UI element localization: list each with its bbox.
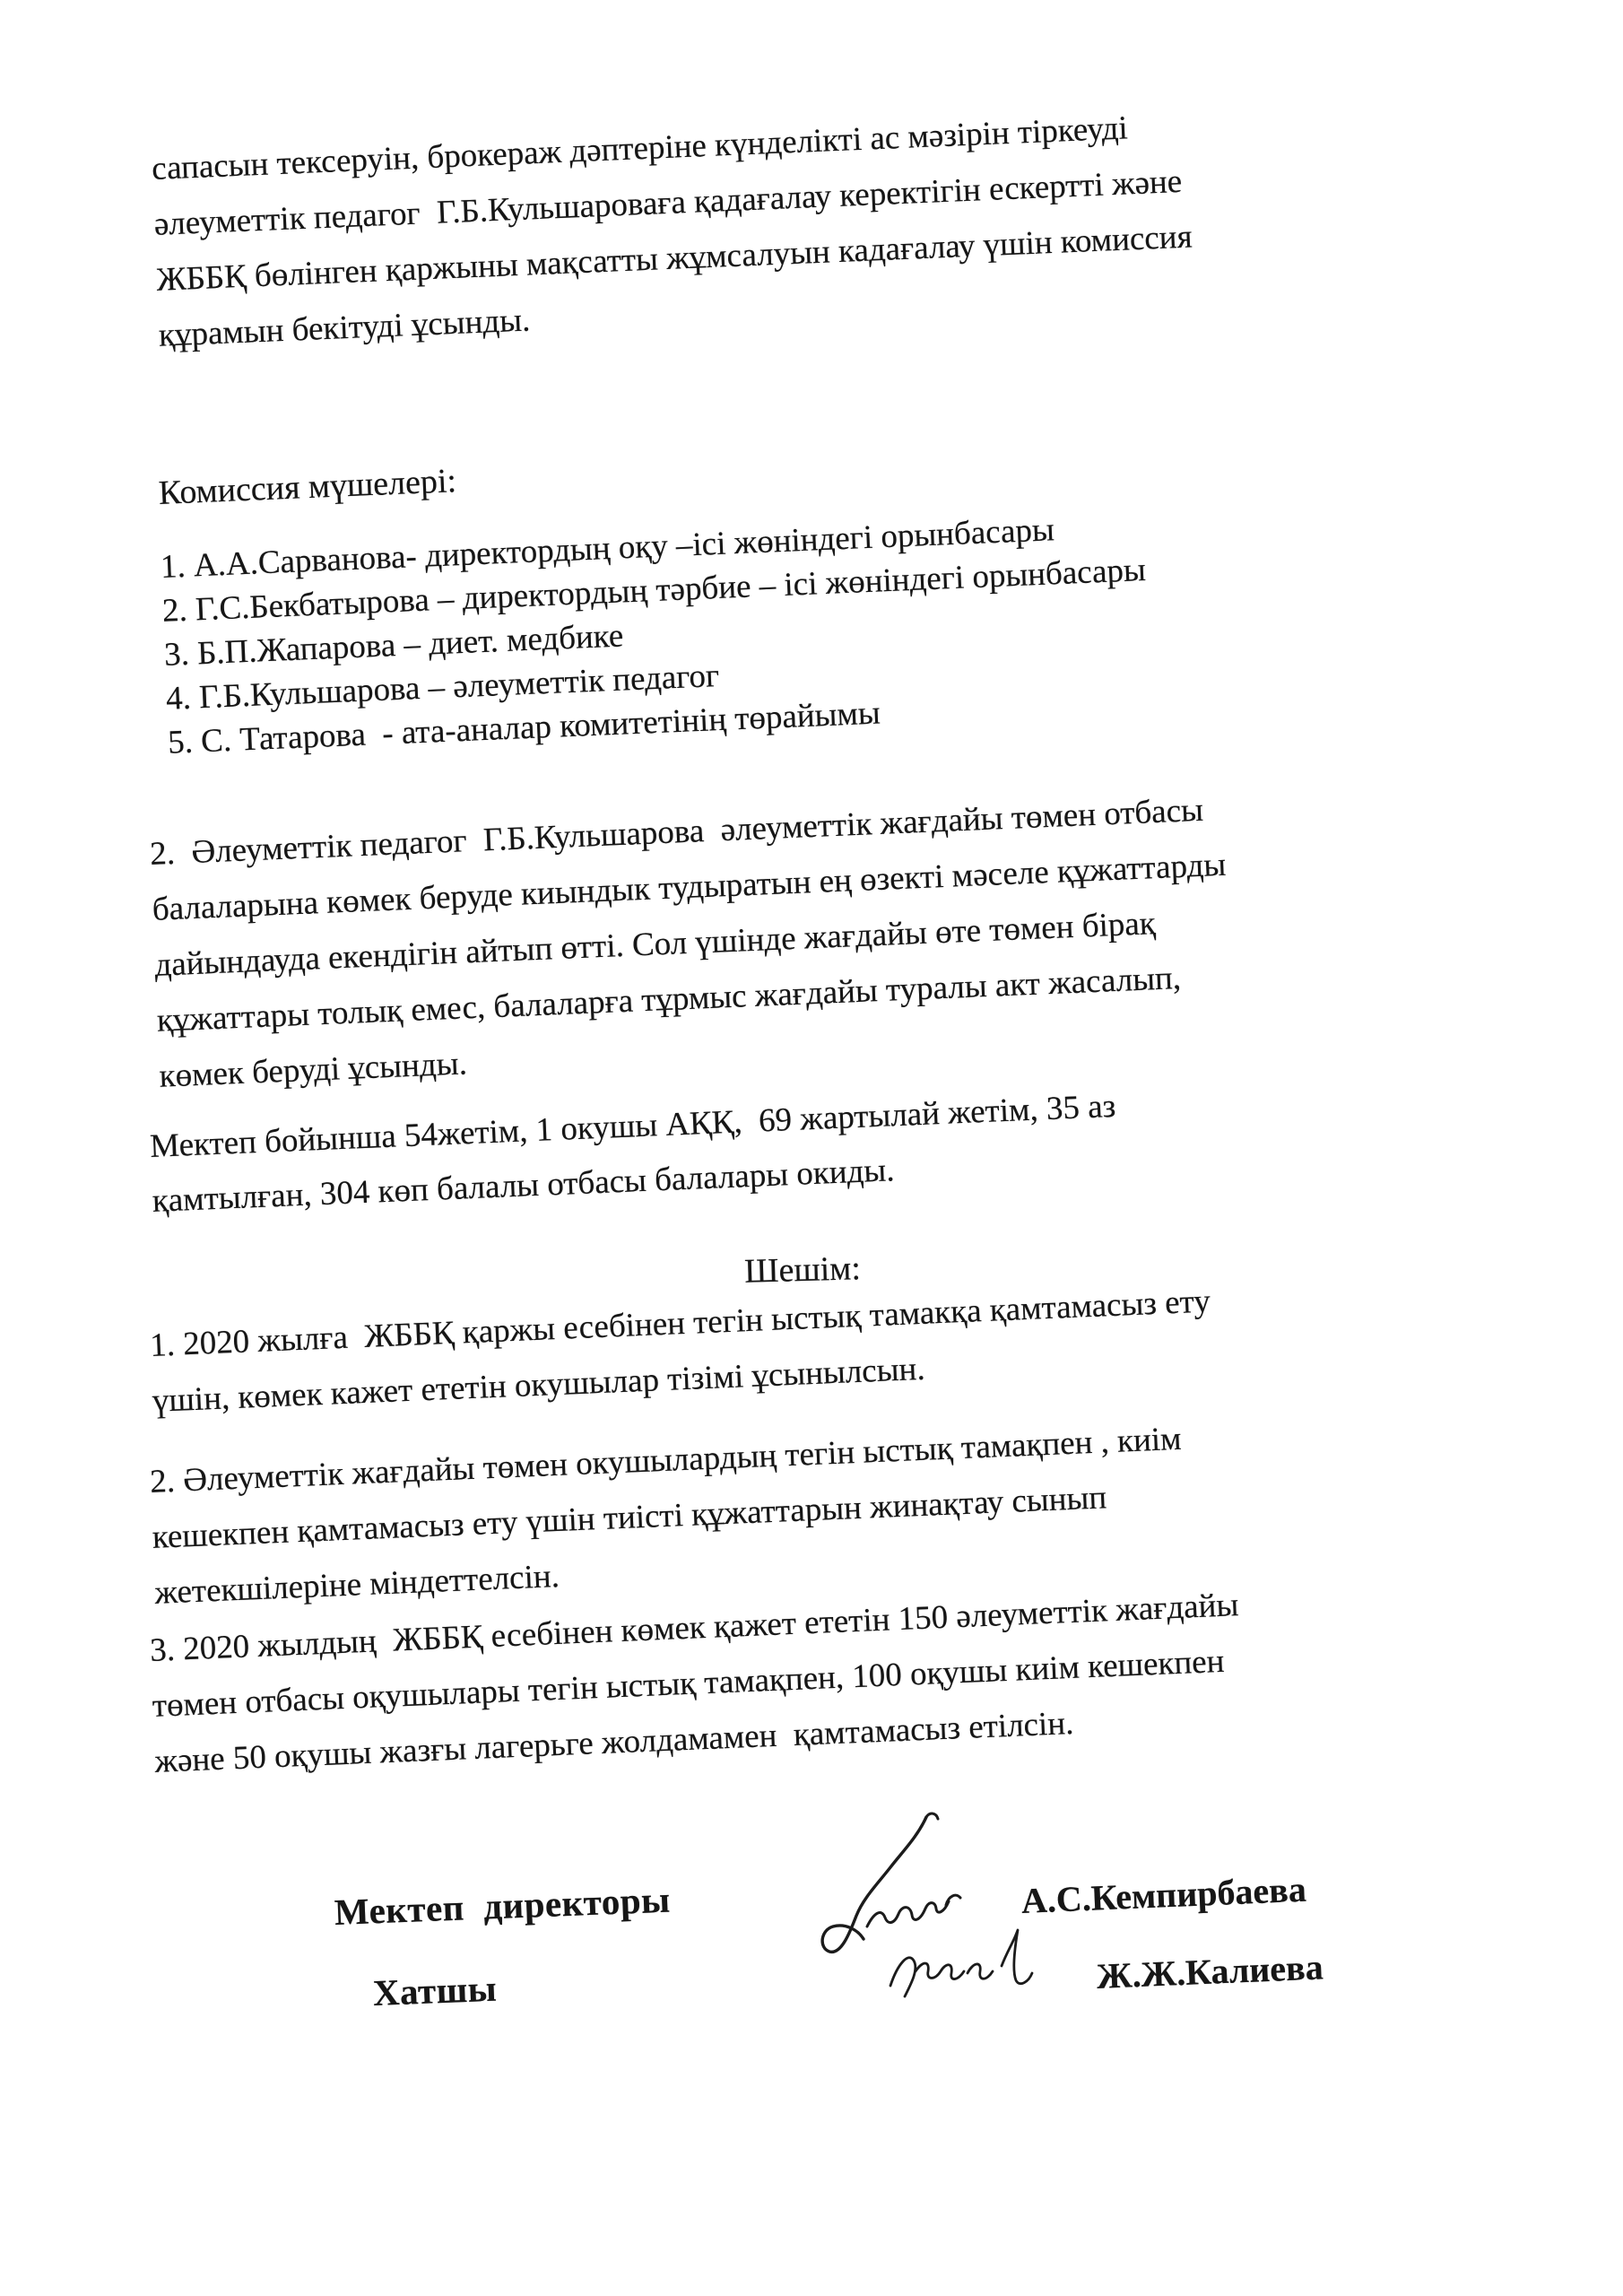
school-statistics-paragraph: Мектеп бойынша 54жетім, 1 окушы АҚҚ, 69 …: [149, 1079, 1119, 1229]
intro-paragraph: сапасын тексеруін, брокераж дәптеріне кү…: [151, 99, 1195, 364]
secretary-signature-ink: [883, 1921, 1045, 2011]
director-name: А.С.Кемпирбаева: [1020, 1868, 1307, 1922]
commission-members-list: 1. А.А.Сарванова- директордың оқу –ісі ж…: [160, 504, 1152, 765]
commission-heading: Комиссия мүшелері:: [158, 461, 457, 513]
director-role-label: Мектеп директоры: [334, 1878, 671, 1934]
secretary-role-label: Хатшы: [372, 1967, 498, 2014]
scanned-document-page: сапасын тексеруін, брокераж дәптеріне кү…: [0, 0, 1623, 2296]
secretary-name: Ж.Ж.Калиева: [1096, 1945, 1324, 1997]
social-pedagog-paragraph: 2. Әлеуметтік педагог Г.Б.Кульшарова әле…: [149, 782, 1234, 1105]
